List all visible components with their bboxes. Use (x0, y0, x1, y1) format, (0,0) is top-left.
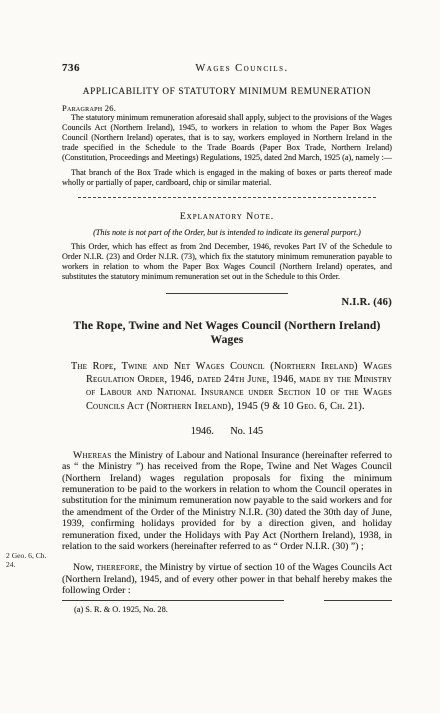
order-reference: N.I.R. (46) (62, 297, 392, 308)
page-header: 736 Wages Councils. (62, 62, 392, 74)
order-number: No. 145 (230, 426, 263, 437)
order-year: 1946. (191, 426, 214, 437)
now-lead: Now, (73, 562, 96, 573)
footnote-rule-gap (284, 600, 324, 601)
footnote: (a) S. R. & O. 1925, No. 28. (62, 605, 392, 614)
scanned-document-page: 2 Geo. 6, Ch. 24. 736 Wages Councils. AP… (0, 0, 440, 713)
footnote-rule (62, 600, 392, 601)
whereas-recital: Whereas the Ministry of Labour and Natio… (62, 450, 392, 553)
explanatory-note-body: This Order, which has effect as from 2nd… (62, 242, 392, 282)
dashed-divider (78, 197, 376, 198)
order-citation: The Rope, Twine and Net Wages Council (N… (62, 360, 392, 413)
footnote-rule-right (324, 600, 392, 601)
running-head: Wages Councils. (122, 63, 362, 74)
text-column: 736 Wages Councils. APPLICABILITY OF STA… (62, 62, 392, 614)
order-number-line: 1946. No. 145 (62, 426, 392, 437)
explanatory-note-subnote: (This note is not part of the Order, but… (62, 228, 392, 237)
applicability-paragraph-1: The statutory minimum remuneration afore… (62, 113, 392, 163)
whereas-body: the Ministry of Labour and National Insu… (62, 450, 392, 552)
order-title-line2: Wages (211, 334, 244, 346)
explanatory-note-heading: Explanatory Note. (62, 211, 392, 222)
now-therefore-recital: Now, therefore, the Ministry by virtue o… (62, 562, 392, 596)
order-title-line1: The Rope, Twine and Net Wages Council (N… (73, 320, 380, 332)
applicability-paragraph-2: That branch of the Box Trade which is en… (62, 168, 392, 188)
paragraph-label: Paragraph 26. (62, 104, 392, 113)
therefore-lead: therefore, (96, 562, 142, 573)
section-divider (166, 293, 288, 294)
order-title: The Rope, Twine and Net Wages Council (N… (62, 319, 392, 347)
page-number: 736 (62, 62, 122, 74)
page-content: 736 Wages Councils. APPLICABILITY OF STA… (0, 0, 440, 713)
applicability-heading: APPLICABILITY OF STATUTORY MINIMUM REMUN… (62, 87, 392, 97)
whereas-lead: Whereas (73, 450, 112, 461)
footnote-rule-left (62, 600, 284, 601)
